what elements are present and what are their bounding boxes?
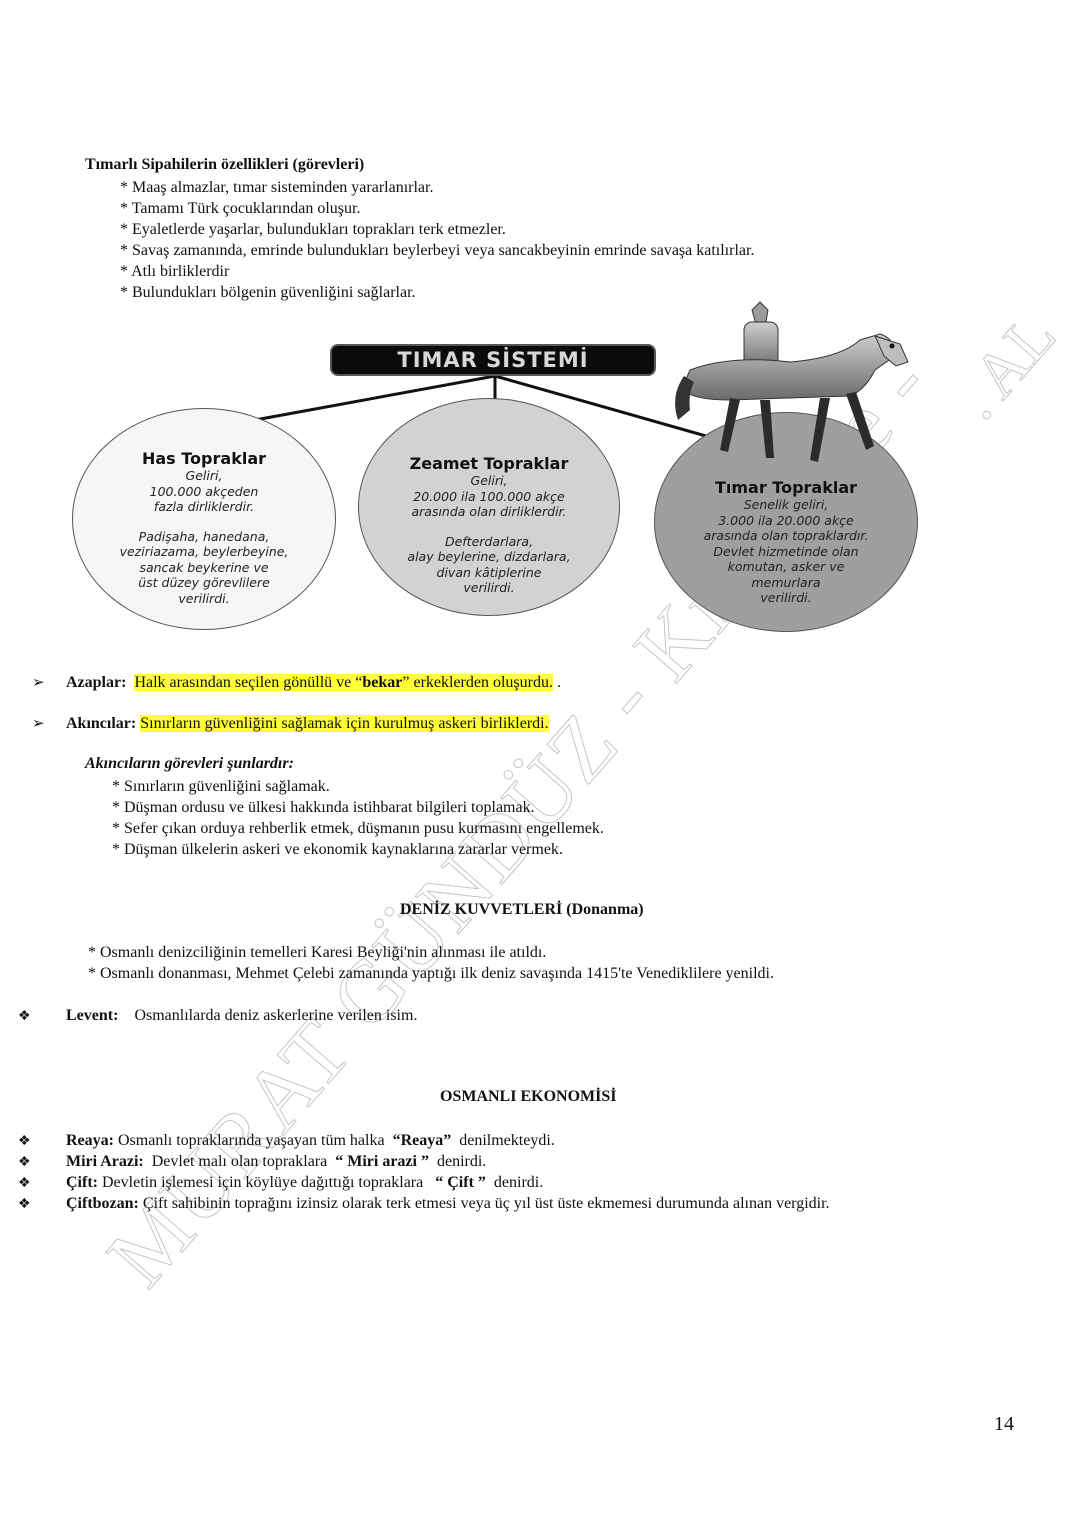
diamond-bullet-icon: ❖ [18,1131,66,1152]
akincilar-row: ➢Akıncılar: Sınırların güvenliğini sağla… [32,713,549,735]
azaplar-label: Azaplar: [66,674,126,691]
list-item: * Eyaletlerde yaşarlar, bulundukları top… [120,219,754,240]
circle-title: Tımar Topraklar [655,478,917,497]
arrow-bullet-icon: ➢ [32,714,66,735]
akinci-duties-list: * Sınırların güvenliğini sağlamak. * Düş… [112,776,604,860]
list-item: * Düşman ordusu ve ülkesi hakkında istih… [112,797,604,818]
list-item: * Sefer çıkan orduya rehberlik etmek, dü… [112,818,604,839]
deniz-heading: DENİZ KUVVETLERİ (Donanma) [400,901,644,919]
azaplar-highlight: Halk arasından seçilen gönüllü ve “bekar… [134,674,553,691]
azaplar-row: ➢Azaplar: Halk arasından seçilen gönüllü… [32,672,561,694]
akincilar-highlight: Sınırların güvenliğini sağlamak için kur… [140,715,548,732]
list-item: * Atlı birliklerdir [120,261,754,282]
list-item: * Maaş almazlar, tımar sisteminden yarar… [120,177,754,198]
levent-row: ❖Levent: Osmanlılarda deniz askerlerine … [18,1005,417,1027]
ciftbozan-row: ❖Çiftbozan: Çift sahibinin toprağını izi… [18,1193,830,1215]
armored-horseman-icon [670,300,920,470]
diagram-title-box: TIMAR SİSTEMİ [330,344,656,376]
list-item: * Savaş zamanında, emrinde bulundukları … [120,240,754,261]
diagram-title: TIMAR SİSTEMİ [397,348,588,372]
reaya-row: ❖Reaya: Osmanlı topraklarında yaşayan tü… [18,1130,555,1152]
deniz-list: * Osmanlı denizciliğinin temelleri Kares… [88,942,774,984]
list-item: * Osmanlı denizciliğinin temelleri Kares… [88,942,774,963]
list-item: * Sınırların güvenliğini sağlamak. [112,776,604,797]
diamond-bullet-icon: ❖ [18,1194,66,1215]
cift-row: ❖Çift: Devletin işlemesi için köylüye da… [18,1172,543,1194]
page-number: 14 [994,1413,1014,1436]
diamond-bullet-icon: ❖ [18,1173,66,1194]
akincilar-label: Akıncılar: [66,715,136,732]
sipahi-heading: Tımarlı Sipahilerin özellikleri (görevle… [85,156,364,174]
zeamet-topraklar-circle: Zeamet Topraklar Geliri, 20.000 ila 100.… [358,398,620,616]
akinci-duties-heading: Akıncıların görevleri şunlardır: [85,755,294,773]
circle-title: Has Topraklar [73,449,335,468]
diamond-bullet-icon: ❖ [18,1152,66,1173]
diamond-bullet-icon: ❖ [18,1006,66,1027]
miri-arazi-row: ❖Miri Arazi: Devlet malı olan topraklara… [18,1151,486,1173]
sipahi-list: * Maaş almazlar, tımar sisteminden yarar… [120,177,754,303]
list-item: * Düşman ülkelerin askeri ve ekonomik ka… [112,839,604,860]
circle-title: Zeamet Topraklar [359,454,619,473]
arrow-bullet-icon: ➢ [32,673,66,694]
list-item: * Osmanlı donanması, Mehmet Çelebi zaman… [88,963,774,984]
ekonomi-heading: OSMANLI EKONOMİSİ [440,1088,616,1106]
has-topraklar-circle: Has Topraklar Geliri, 100.000 akçeden fa… [72,408,336,630]
list-item: * Tamamı Türk çocuklarından oluşur. [120,198,754,219]
